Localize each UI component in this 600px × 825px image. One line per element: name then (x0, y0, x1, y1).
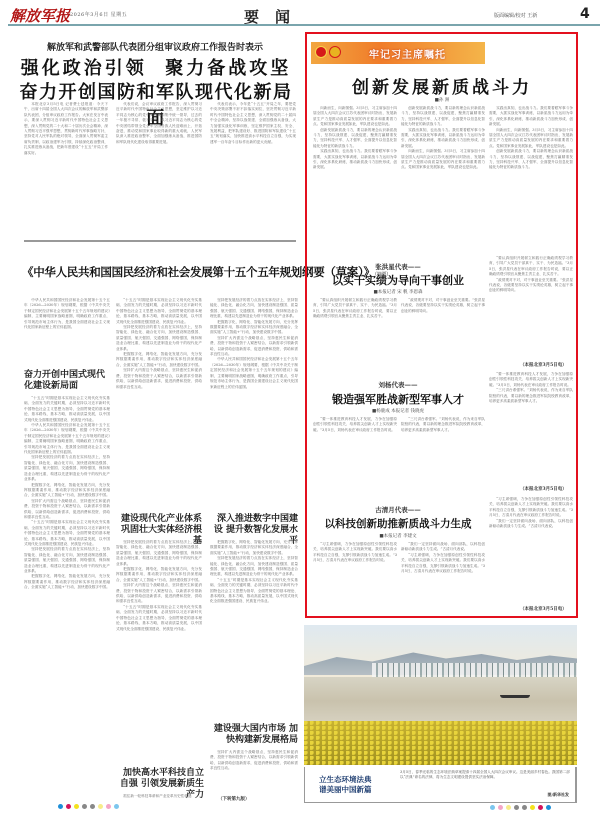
feature-author: ■孙 洲 (310, 97, 574, 103)
photo-caption-box: 立生态环境法典 谱美丽中国新篇 3月5日，春季光临的生态环境法典草案提请十四届全… (304, 767, 577, 803)
delegate-2-column-2: “三尺讲台系强军。”刘杨代表说，作为来自军队院校的代表，要以新的理念推进军队院校… (401, 417, 485, 483)
delegate-3-column-1: “习主席强调，力争在加强原创性引领性科技攻关、培养拔尖创新人才上实现新突破。我们… (313, 542, 397, 614)
delegate-2-byline: ■杨鹿成 本报记者 钱晓虎 (310, 408, 486, 414)
registration-dot (506, 805, 511, 810)
plan-column-1-body: “十五五”时期是基本实现社会主义现代化夯实基础、全面发力的关键时期，必须坚持以习… (24, 396, 110, 801)
page-number: 4 (580, 6, 590, 22)
issue-date: 2026年3月6日 星期五 (70, 11, 127, 18)
lead-column-1: 本报北京3月5日电 记者费士廷报道：今天下午，出席十四届全国人大四次会议的解放军… (24, 102, 108, 232)
plan-column-2-mid: 坚持把发展经济的着力点放在实体经济上，坚持智能化、绿色化、融合化方向，加快建设制… (116, 540, 202, 738)
lead-column-3: 代表们表示，今年是“十五五”开局之年，要把党中央决策部署不折不扣落实到位，坚决贯… (210, 102, 296, 232)
lead-divider (24, 240, 296, 242)
delegate-1-column-1: “要认真组织开展树立和践行正确政绩观学习教育，引导广大党员干部真干、实干、为民造… (313, 298, 397, 364)
delegate-3-kicker: 古清月代表—— (310, 505, 486, 514)
delegate-2-end-note: （本报北京3月5日电） (520, 486, 567, 492)
boat-icon (500, 695, 530, 698)
delegate-2-kicker: 刘杨代表—— (310, 380, 486, 389)
photo-caption-title: 立生态环境法典 谱美丽中国新篇 (319, 775, 372, 795)
registration-dot (546, 805, 551, 810)
delegate-1-byline: ■本报记者 宋 帆 李恩森 (310, 289, 486, 295)
registration-dot (490, 805, 495, 810)
plan-column-3-bottom: 坚持扩大内需这个战略基点，坚持惠民生和促消费、投资于物和投资于人紧密结合，以新需… (210, 750, 298, 788)
registration-dot (522, 805, 527, 810)
feature-banner: 牢记习主席嘱托 (311, 42, 485, 64)
registration-dot (90, 804, 95, 809)
registration-dot (82, 804, 87, 809)
lead-column-2: 代表们说，会议审议政府工作报告，深入贯彻习近平新时代中国特色社会主义思想，坚定维… (116, 102, 202, 232)
delegate-3-headline: 以科技创新助推新质战斗力生成 (310, 516, 486, 531)
registration-dot (74, 804, 79, 809)
delegate-3-column-3: “习主席强调，力争在加强原创性引领性科技攻关、培养拔尖创新人才上实现新突破。我们… (489, 497, 573, 605)
delegate-3-byline: ■本报记者 李建文 (310, 533, 486, 539)
registration-dot (114, 804, 119, 809)
registration-dot (98, 804, 103, 809)
photo-village (372, 663, 577, 677)
registration-dot (498, 805, 503, 810)
photo-water (304, 677, 577, 725)
delegate-1-end-note: （本报北京3月5日电） (520, 362, 567, 368)
section-title: 要闻 (244, 6, 306, 27)
registration-dot (66, 804, 71, 809)
plan-column-2-last: 抓住新一轮科技革命和产业变革历史性机遇 (116, 794, 202, 802)
delegate-3-end-note: （本报北京3月5日电） (520, 606, 567, 612)
page-editors: 版面编辑/校对 王新 (494, 12, 537, 19)
delegate-1-column-2: “政绩观对不对，对干事创业至关重要。”张洪星代表说，各级要坚持以实干实绩论英雄，… (401, 298, 485, 364)
delegate-3-column-2: “我们一定坚持面向战场、面向部队，以科技创新驱动新质战斗力生成。”古清月代表说。… (401, 542, 485, 614)
feature-column-2: 创新发展新质战斗力，要以新的理念认识新质战斗力，坚持以战领建、以战促建，聚焦打赢… (401, 106, 485, 254)
feature-banner-text: 牢记习主席嘱托 (369, 46, 446, 61)
registration-dots-left (58, 804, 119, 809)
registration-dots-right (490, 805, 551, 810)
party-emblem-icon (315, 46, 327, 58)
army-emblem-icon (329, 46, 341, 58)
registration-dot (538, 805, 543, 810)
photo-caption-text: 3月5日，春季光临的生态环境法典草案提请十四届全国人大四次会议审议。这是美丽乡村… (400, 770, 572, 780)
plan-subhead-1: 奋力开创中国式现代化建设新局面 (24, 370, 110, 392)
newspaper-logo: 解放军报 (10, 5, 70, 26)
plan-column-1-top: 中华人民共和国国民经济和社会发展第十五个五年（2026—2030年）规划纲要，根… (24, 298, 110, 368)
plan-column-2-top: “十五五”时期是基本实现社会主义现代化夯实基础、全面发力的关键时期，必须坚持以习… (116, 298, 202, 513)
landscape-photo (304, 625, 577, 765)
plan-continued-note: （下转第九版） (218, 796, 250, 802)
photo-rapeseed-field (304, 721, 577, 765)
lead-kicker: 解放军和武警部队代表团分组审议政府工作报告时表示 (10, 40, 300, 53)
delegate-2-column-3: “要一体推进教育科技人才发展，力争在加强原创性引领性科技攻关、培养拔尖创新人才上… (489, 372, 573, 484)
delegate-1-headline: 以实干实绩为导向干事创业 (310, 272, 486, 288)
plan-subhead-5: 建设强大国内市场 加快构建新发展格局 (210, 724, 298, 746)
delegate-2-column-1: “要一体推进教育科技人才发展，力争在加强原创性引领性科技攻关、培养拔尖创新人才上… (313, 417, 397, 483)
photo-credit: 图/新华社发 (548, 792, 569, 798)
delegate-1-column-3: “要认真组织开展树立和践行正确政绩观学习教育，引导广大党员干部真干、实干、为民造… (489, 256, 573, 360)
delegate-1-kicker: 张洪星代表—— (310, 262, 486, 271)
feature-column-3: 实践出真知，也出战斗力。我们要着眼军事斗争需要，大抓实战化军事训练，以新质战斗力… (489, 106, 573, 254)
masthead: 解放军报 2026年3月6日 星期五 要闻 版面编辑/校对 王新 4 (8, 4, 600, 26)
registration-dot (58, 804, 63, 809)
feature-column-1: 向新而生，向新图强。3月5日，习主席参加十四届全国人大四次会议江苏代表团审议时指… (313, 106, 397, 254)
delegate-2-headline: 锻造强军胜战新型军事人才 (310, 391, 486, 407)
feature-headline: 创新发展新质战斗力 (310, 73, 574, 98)
plan-headline: 《中华人民共和国国民经济和社会发展第十五个五年规划纲要（草案）》（摘要） (22, 264, 302, 280)
registration-dot (530, 805, 535, 810)
plan-column-3-mid: 把握数字化、网络化、智能化发展方向，充分发挥数据要素作用，推动数字经济和实体经济… (210, 540, 298, 708)
registration-dot (106, 804, 111, 809)
registration-dot (514, 805, 519, 810)
lead-headline-line1: 强化政治引领 聚力备战攻坚 (10, 54, 302, 80)
plan-column-3-top: 坚持把发展经济的着力点放在实体经济上，坚持智能化、绿色化、融合化方向，加快建设制… (210, 298, 298, 513)
